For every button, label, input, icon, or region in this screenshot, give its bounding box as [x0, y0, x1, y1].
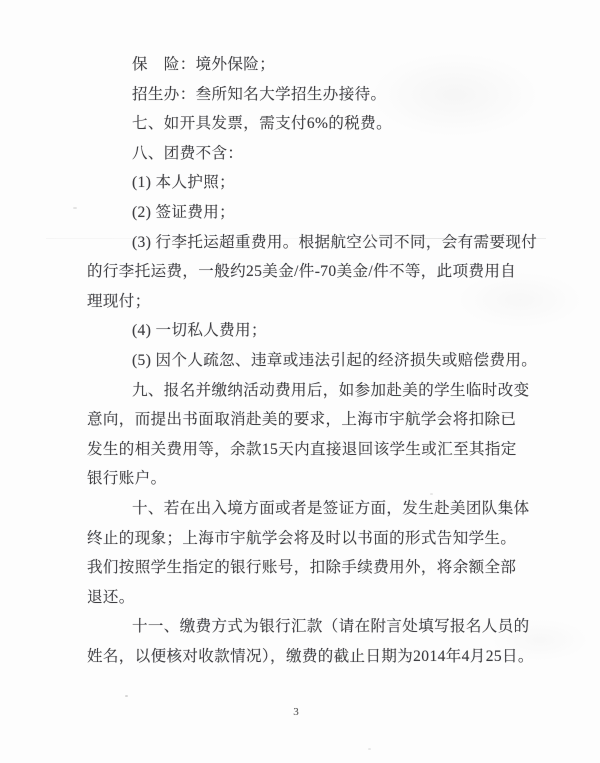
- text-line: 的行李托运费，一般约25美金/件-70美金/件不等，此项费用自: [87, 257, 517, 287]
- text-line: 意向，而提出书面取消赴美的要求，上海市宇航学会将扣除已: [87, 405, 517, 435]
- text-line: 银行账户。: [87, 464, 517, 494]
- text-line: (1) 本人护照；: [87, 168, 517, 198]
- text-line: 九、报名并缴纳活动费用后，如参加赴美的学生临时改变: [87, 376, 517, 406]
- text-line: 八、团费不含：: [87, 139, 517, 169]
- text-line: 十、若在出入境方面或者是签证方面，发生赴美团队集体: [87, 494, 517, 524]
- text-line: (2) 签证费用；: [87, 198, 517, 228]
- text-line: (3) 行李托运超重费用。根据航空公司不同，会有需要现付: [87, 228, 517, 258]
- text-line: 招生办：叁所知名大学招生办接待。: [87, 80, 517, 110]
- text-line: 退还。: [87, 583, 517, 613]
- page-number: 3: [0, 706, 592, 718]
- text-line: (4) 一切私人费用；: [87, 316, 517, 346]
- text-line: 七、如开具发票，需支付6%的税费。: [87, 109, 517, 139]
- text-line: 保 险：境外保险；: [87, 50, 517, 80]
- document-body: 保 险：境外保险；招生办：叁所知名大学招生办接待。七、如开具发票，需支付6%的税…: [87, 50, 517, 671]
- text-line: 我们按照学生指定的银行账号，扣除手续费用外，将余额全部: [87, 553, 517, 583]
- scanned-document-page: 保 险：境外保险；招生办：叁所知名大学招生办接待。七、如开具发票，需支付6%的税…: [0, 0, 600, 763]
- scan-speck-artifact: [125, 695, 128, 697]
- text-line: 姓名，以便核对收款情况），缴费的截止日期为2014年4月25日。: [87, 642, 517, 672]
- text-line: 终止的现象；上海市宇航学会将及时以书面的形式告知学生。: [87, 524, 517, 554]
- text-line: (5) 因个人疏忽、违章或违法引起的经济损失或赔偿费用。: [87, 346, 517, 376]
- text-line: 理现付；: [87, 287, 517, 317]
- text-line: 十一、缴费方式为银行汇款（请在附言处填写报名人员的: [87, 612, 517, 642]
- scan-speck-artifact: [73, 207, 77, 209]
- text-line: 发生的相关费用等，余款15天内直接退回该学生或汇至其指定: [87, 435, 517, 465]
- scan-speck-artifact: [368, 748, 371, 750]
